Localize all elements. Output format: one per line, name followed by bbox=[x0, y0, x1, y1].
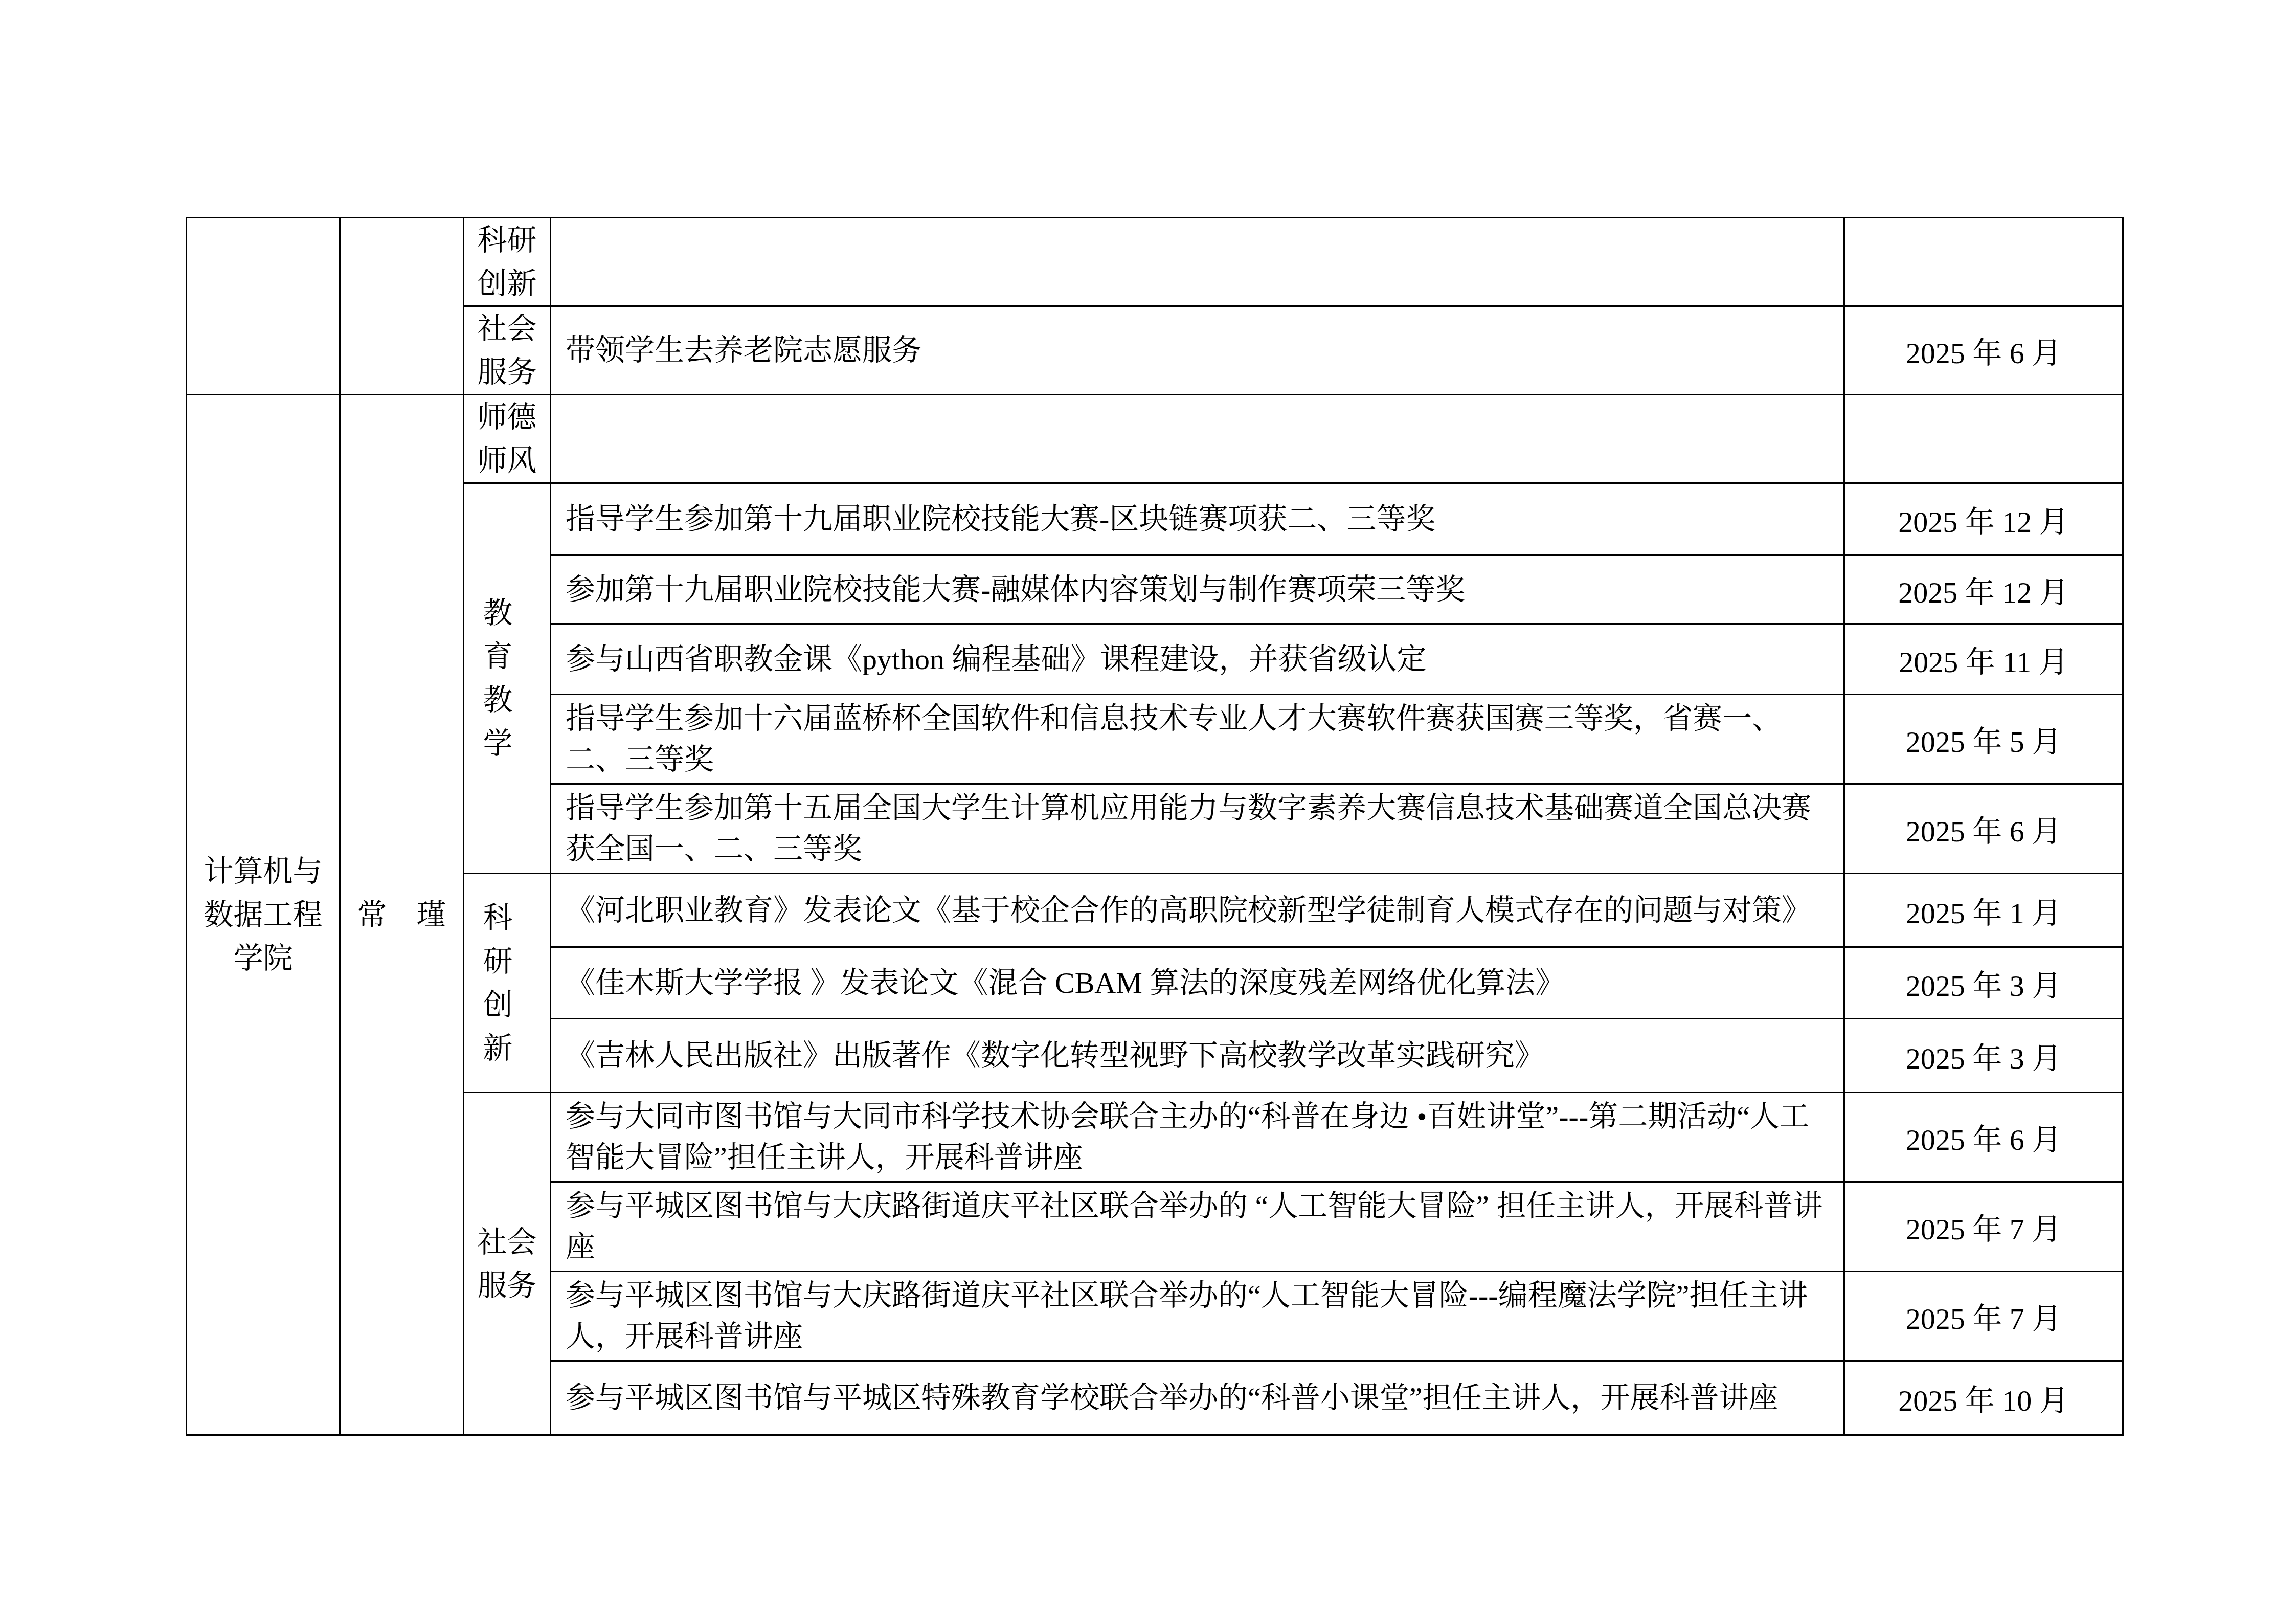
activity-cell: 指导学生参加第十九届职业院校技能大赛-区块链赛项获二、三等奖 bbox=[551, 483, 1844, 555]
date-cell: 2025 年 11 月 bbox=[1844, 624, 2123, 695]
activity-cell: 《河北职业教育》发表论文《基于校企合作的高职院校新型学徒制育人模式存在的问题与对… bbox=[551, 874, 1844, 947]
date-cell: 2025 年 7 月 bbox=[1844, 1182, 2123, 1272]
activity-cell: 参与山西省职教金课《python 编程基础》课程建设，并获省级认定 bbox=[551, 624, 1844, 695]
activity-cell: 带领学生去养老院志愿服务 bbox=[551, 306, 1844, 395]
activity-cell: 指导学生参加十六届蓝桥杯全国软件和信息技术专业人才大赛软件赛获国赛三等奖，省赛一… bbox=[551, 695, 1844, 784]
table-row: 社会 服务 参与大同市图书馆与大同市科学技术协会联合主办的“科普在身边 •百姓讲… bbox=[187, 1093, 2123, 1182]
date-cell: 2025 年 6 月 bbox=[1844, 306, 2123, 395]
table-row: 社会 服务 带领学生去养老院志愿服务 2025 年 6 月 bbox=[187, 306, 2123, 395]
activity-cell: 参与大同市图书馆与大同市科学技术协会联合主办的“科普在身边 •百姓讲堂”---第… bbox=[551, 1093, 1844, 1182]
date-cell: 2025 年 3 月 bbox=[1844, 1019, 2123, 1093]
table-row: 科研 创新 bbox=[187, 218, 2123, 306]
department-cell-empty bbox=[187, 218, 340, 395]
activity-cell: 指导学生参加第十五届全国大学生计算机应用能力与数字素养大赛信息技术基础赛道全国总… bbox=[551, 784, 1844, 874]
category-cell-teaching: 教育 教学 bbox=[464, 483, 551, 874]
table-row: 计算机与 数据工程 学院 常 瑾 师德 师风 bbox=[187, 395, 2123, 483]
date-cell: 2025 年 6 月 bbox=[1844, 1093, 2123, 1182]
date-cell: 2025 年 10 月 bbox=[1844, 1361, 2123, 1435]
date-cell: 2025 年 7 月 bbox=[1844, 1272, 2123, 1361]
teacher-name-cell: 常 瑾 bbox=[340, 395, 464, 1435]
date-cell: 2025 年 12 月 bbox=[1844, 483, 2123, 555]
category-cell-research: 科研 创新 bbox=[464, 874, 551, 1093]
performance-table: 科研 创新 社会 服务 带领学生去养老院志愿服务 2025 年 6 月 计算机与… bbox=[186, 217, 2124, 1436]
activity-cell: 《佳木斯大学学报 》发表论文《混合 CBAM 算法的深度残差网络优化算法》 bbox=[551, 947, 1844, 1019]
teacher-name-cell-empty bbox=[340, 218, 464, 395]
category-cell-service: 社会 服务 bbox=[464, 1093, 551, 1435]
activity-cell: 参与平城区图书馆与大庆路街道庆平社区联合举办的 “人工智能大冒险” 担任主讲人，… bbox=[551, 1182, 1844, 1272]
date-cell bbox=[1844, 395, 2123, 483]
activity-cell bbox=[551, 218, 1844, 306]
table-row: 教育 教学 指导学生参加第十九届职业院校技能大赛-区块链赛项获二、三等奖 202… bbox=[187, 483, 2123, 555]
table-row: 科研 创新 《河北职业教育》发表论文《基于校企合作的高职院校新型学徒制育人模式存… bbox=[187, 874, 2123, 947]
date-cell: 2025 年 3 月 bbox=[1844, 947, 2123, 1019]
activity-cell: 《吉林人民出版社》出版著作《数字化转型视野下高校教学改革实践研究》 bbox=[551, 1019, 1844, 1093]
department-cell: 计算机与 数据工程 学院 bbox=[187, 395, 340, 1435]
date-cell: 2025 年 6 月 bbox=[1844, 784, 2123, 874]
date-cell bbox=[1844, 218, 2123, 306]
category-cell-research-prev: 科研 创新 bbox=[464, 218, 551, 306]
date-cell: 2025 年 12 月 bbox=[1844, 555, 2123, 624]
category-cell-service-prev: 社会 服务 bbox=[464, 306, 551, 395]
activity-cell: 参与平城区图书馆与平城区特殊教育学校联合举办的“科普小课堂”担任主讲人，开展科普… bbox=[551, 1361, 1844, 1435]
date-cell: 2025 年 1 月 bbox=[1844, 874, 2123, 947]
category-cell-ethics: 师德 师风 bbox=[464, 395, 551, 483]
activity-cell bbox=[551, 395, 1844, 483]
activity-cell: 参加第十九届职业院校技能大赛-融媒体内容策划与制作赛项荣三等奖 bbox=[551, 555, 1844, 624]
date-cell: 2025 年 5 月 bbox=[1844, 695, 2123, 784]
activity-cell: 参与平城区图书馆与大庆路街道庆平社区联合举办的“人工智能大冒险---编程魔法学院… bbox=[551, 1272, 1844, 1361]
